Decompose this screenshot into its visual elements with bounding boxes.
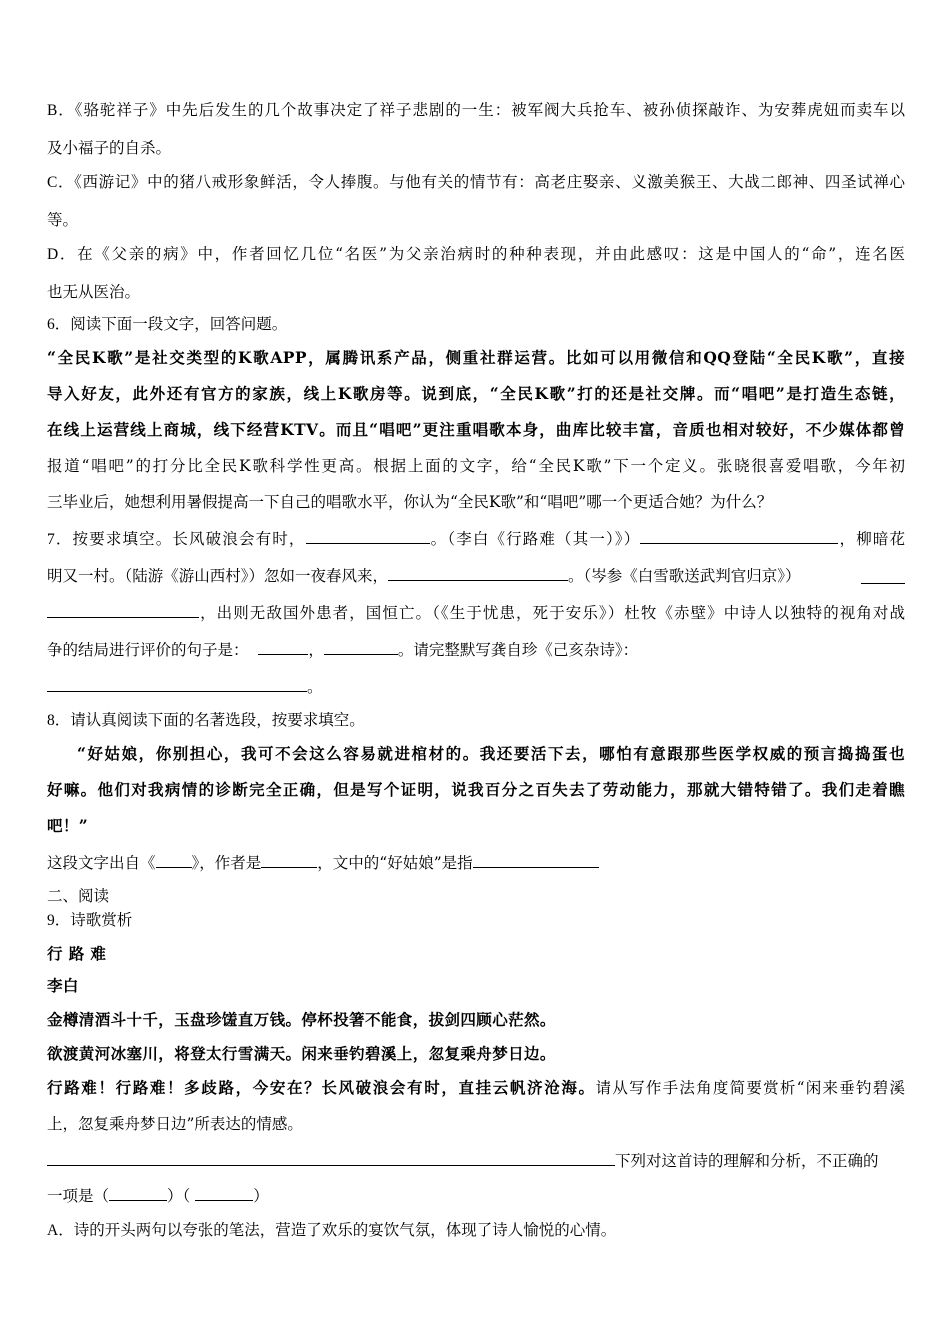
- q7-text: 。: [307, 678, 323, 696]
- q6-passage-line: 报道“唱吧”的打分比全民K歌科学性更高。根据上面的文字，给“全民K歌”下一个定义…: [47, 456, 905, 476]
- poem-title: 行 路 难: [47, 944, 106, 964]
- q9-line5: 下列对这首诗的理解和分析，不正确的: [47, 1150, 879, 1171]
- q7-line5: 。: [47, 676, 323, 697]
- option-label: B．: [47, 102, 75, 119]
- q7-text: ，柳暗花: [838, 530, 905, 548]
- q8-text: 》，作者是: [192, 854, 262, 872]
- answer-blank[interactable]: [195, 1185, 253, 1201]
- q8-text: 这段文字出自《: [47, 854, 156, 872]
- answer-blank[interactable]: [640, 528, 838, 544]
- answer-blank[interactable]: [861, 568, 905, 584]
- q9-prompt: 一项是（: [47, 1187, 109, 1205]
- q9-prompt: 请从写作手法角度简要赏析“闲来垂钓碧溪: [596, 1079, 905, 1097]
- q8-quote-line: 好嘛。他们对我病情的诊断完全正确，但是写个证明，说我百分之百失去了劳动能力，那就…: [47, 780, 905, 800]
- question-number: 8．: [47, 712, 70, 729]
- q7-line1: 7．按要求填空。长风破浪会有时，。（李白《行路难（其一）》），柳暗花: [47, 528, 905, 550]
- option-text: 在《父亲的病》中，作者回忆几位“名医”为父亲治病时的种种表现，并由此感叹：这是中…: [77, 245, 905, 263]
- option-text: 《骆驼祥子》中先后发生的几个故事决定了祥子悲剧的一生：被军阀大兵抢车、被孙侦探敲…: [75, 101, 905, 119]
- q7-text: 。（岑参《白雪歌送武判官归京》）: [568, 567, 801, 585]
- q9-line3: 行路难！行路难！多歧路，今安在？长风破浪会有时，直挂云帆济沧海。请从写作手法角度…: [47, 1078, 905, 1098]
- question-number: 9．: [47, 912, 70, 929]
- q8-title: 8．请认真阅读下面的名著选段，按要求填空。: [47, 710, 365, 731]
- answer-blank[interactable]: [306, 528, 430, 544]
- answer-blank[interactable]: [47, 676, 307, 692]
- answer-blank[interactable]: [261, 852, 317, 868]
- poem-line: 行路难！行路难！多歧路，今安在？长风破浪会有时，直挂云帆济沧海。: [47, 1078, 596, 1097]
- question-number: 6．: [47, 316, 70, 333]
- answer-blank[interactable]: [47, 1150, 615, 1166]
- q7-text: ，: [308, 641, 324, 659]
- q8-fill-line: 这段文字出自《》，作者是，文中的“好姑娘”是指: [47, 852, 599, 873]
- question-number: 7．: [47, 531, 73, 548]
- q7-text: 按要求填空。长风破浪会有时，: [73, 530, 306, 548]
- section-heading: 二、阅读: [47, 886, 109, 906]
- q8-quote-line: “好姑娘，你别担心，我可不会这么容易就进棺材的。我还要活下去，哪怕有意跟那些医学…: [77, 744, 905, 764]
- q7-line3: ，出则无敌国外患者，国恒亡。（《生于忧患，死于安乐》）杜牧《赤壁》中诗人以独特的…: [47, 602, 905, 623]
- answer-blank[interactable]: [109, 1185, 167, 1201]
- q9-line6: 一项是（）（ ）: [47, 1185, 269, 1206]
- question-title: 诗歌赏析: [70, 911, 132, 929]
- answer-blank[interactable]: [388, 565, 568, 581]
- option-c-line1: C．《西游记》中的猪八戒形象鲜活，令人捧腹。与他有关的情节有：高老庄娶亲、义激美…: [47, 172, 905, 193]
- option-c-line2: 等。: [47, 210, 78, 230]
- q6-title: 6．阅读下面一段文字，回答问题。: [47, 314, 287, 335]
- q7-text: 争的结局进行评价的句子是：: [47, 641, 249, 659]
- poem-line: 欲渡黄河冰塞川，将登太行雪满天。闲来垂钓碧溪上，忽复乘舟梦日边。: [47, 1044, 556, 1064]
- question-title: 阅读下面一段文字，回答问题。: [70, 315, 287, 333]
- option-label: D．: [47, 246, 77, 263]
- poem-author: 李白: [47, 976, 79, 996]
- q9-prompt: 下列对这首诗的理解和分析，不正确的: [615, 1152, 879, 1170]
- answer-blank[interactable]: [324, 639, 398, 655]
- q6-passage-line: 导入好友，此外还有官方的家族，线上K歌房等。说到底，“全民K歌”打的还是社交牌。…: [47, 384, 905, 404]
- q9-title: 9．诗歌赏析: [47, 910, 132, 931]
- q9-prompt: ）: [253, 1187, 269, 1205]
- option-text: 诗的开头两句以夸张的笔法，营造了欢乐的宴饮气氛，体现了诗人愉悦的心情。: [74, 1221, 617, 1239]
- option-label: C．: [47, 174, 74, 191]
- q6-passage-line: 三毕业后，她想利用暑假提高一下自己的唱歌水平，你认为“全民K歌”和“唱吧”哪一个…: [47, 492, 772, 512]
- answer-blank[interactable]: [473, 852, 599, 868]
- answer-blank[interactable]: [258, 639, 308, 655]
- question-title: 请认真阅读下面的名著选段，按要求填空。: [70, 711, 365, 729]
- q7-text: 明又一村。（陆游《游山西村》）忽如一夜春风来，: [47, 567, 388, 585]
- answer-blank[interactable]: [156, 852, 192, 868]
- answer-blank[interactable]: [47, 602, 199, 618]
- q8-quote-line: 吧！”: [47, 816, 88, 836]
- q8-text: ，文中的“好姑娘”是指: [317, 854, 472, 872]
- option-b-line2: 及小福子的自杀。: [47, 138, 171, 158]
- q6-passage-line: “全民K歌”是社交类型的K歌APP，属腾讯系产品，侧重社群运营。比如可以用微信和…: [47, 348, 905, 368]
- q9-line4: 上，忽复乘舟梦日边”所表达的情感。: [47, 1114, 303, 1134]
- option-label: A．: [47, 1222, 74, 1239]
- q7-line2: 明又一村。（陆游《游山西村》）忽如一夜春风来，。（岑参《白雪歌送武判官归京》）: [47, 565, 905, 586]
- q9-prompt: ）（: [167, 1187, 190, 1205]
- q6-passage-line: 在线上运营线上商城，线下经营KTV。而且“唱吧”更注重唱歌本身，曲库比较丰富，音…: [47, 420, 905, 440]
- poem-line: 金樽清酒斗十千，玉盘珍馐直万钱。停杯投箸不能食，拔剑四顾心茫然。: [47, 1010, 556, 1030]
- q7-text: 。（李白《行路难（其一）》）: [430, 530, 641, 548]
- q7-text: 。请完整默写龚自珍《己亥杂诗》：: [398, 641, 638, 659]
- q7-line4: 争的结局进行评价的句子是： ，。请完整默写龚自珍《己亥杂诗》：: [47, 639, 638, 660]
- option-b-line1: B．《骆驼祥子》中先后发生的几个故事决定了祥子悲剧的一生：被军阀大兵抢车、被孙侦…: [47, 100, 905, 121]
- q9-option-a: A．诗的开头两句以夸张的笔法，营造了欢乐的宴饮气氛，体现了诗人愉悦的心情。: [47, 1220, 616, 1241]
- option-d-line1: D．在《父亲的病》中，作者回忆几位“名医”为父亲治病时的种种表现，并由此感叹：这…: [47, 244, 905, 265]
- option-d-line2: 也无从医治。: [47, 282, 140, 302]
- q7-text: ，出则无敌国外患者，国恒亡。（《生于忧患，死于安乐》）杜牧《赤壁》中诗人以独特的…: [199, 604, 905, 622]
- option-text: 《西游记》中的猪八戒形象鲜活，令人捧腹。与他有关的情节有：高老庄娶亲、义激美猴王…: [74, 173, 905, 191]
